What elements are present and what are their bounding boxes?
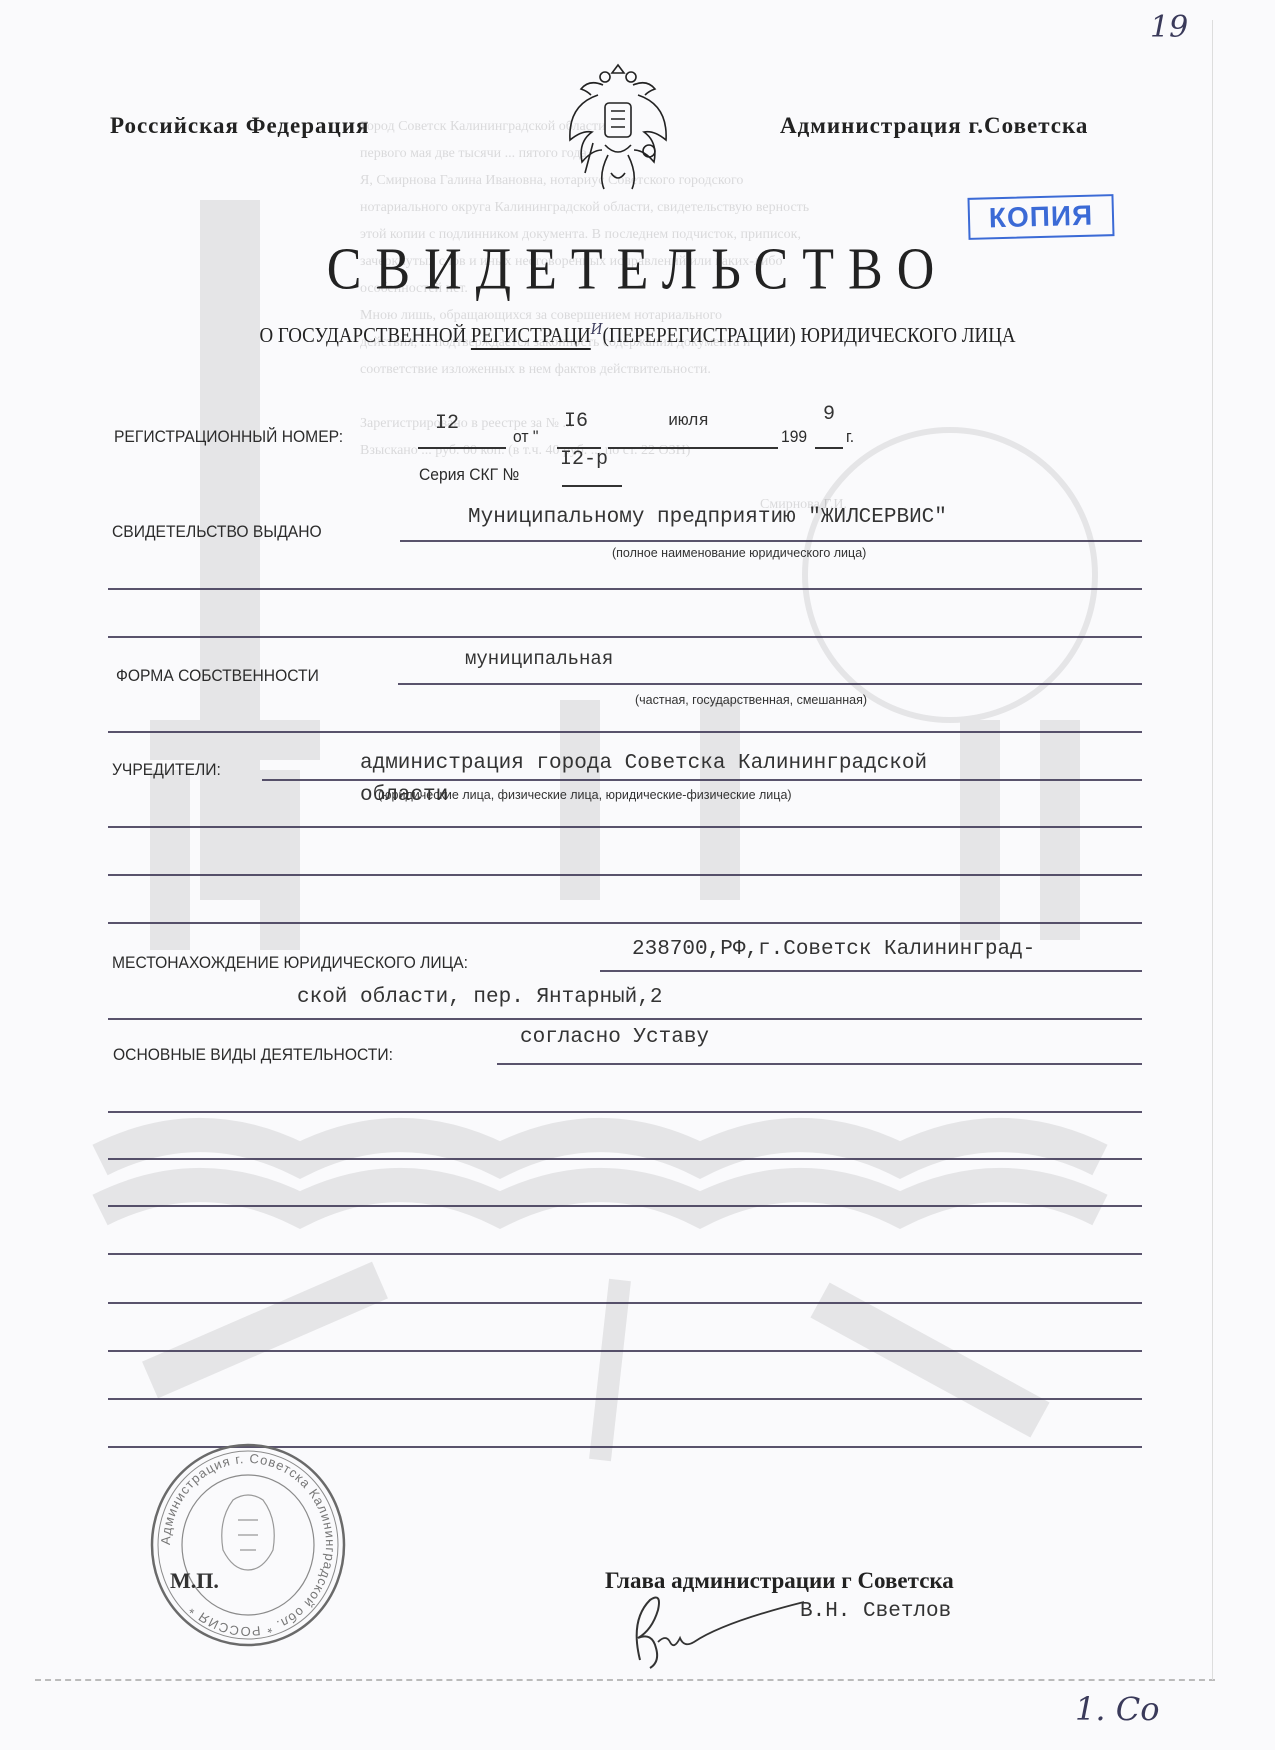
subtitle-underlined: РЕГИСТРАЦИ [471,323,591,347]
activities-line [497,1063,1142,1065]
registration-year-line [815,447,843,449]
handwritten-page-number: 19 [1150,10,1188,45]
blank-line [108,1253,1142,1255]
blank-line [108,1205,1142,1207]
registration-year-suffix: 9 [823,403,835,426]
registration-year-unit: г. [846,427,854,447]
subtitle-part2: (ПЕРЕРЕГИСТРАЦИИ) ЮРИДИЧЕСКОГО ЛИЦА [603,323,1016,347]
double-headed-eagle-emblem [563,55,673,205]
registration-number-line [418,447,506,449]
copy-stamp: КОПИЯ [967,194,1114,240]
registration-month: июля [668,412,709,431]
location-label: МЕСТОНАХОЖДЕНИЕ ЮРИДИЧЕСКОГО ЛИЦА: [112,953,468,973]
registration-day: I6 [564,410,588,433]
official-seal: Администрация г. Советска Калининградско… [148,1440,348,1650]
activities-label: ОСНОВНЫЕ ВИДЫ ДЕЯТЕЛЬНОСТИ: [113,1045,393,1065]
blank-line [108,1350,1142,1352]
issued-to-line [400,540,1142,542]
blank-line [108,1398,1142,1400]
location-line-2 [108,1018,1142,1020]
activities-value: согласно Уставу [520,1026,709,1049]
ownership-line-2 [108,731,1142,733]
location-value-line2: ской области, пер. Янтарный,2 [297,986,662,1009]
ownership-label: ФОРМА СОБСТВЕННОСТИ [116,666,319,686]
subtitle-part1: О ГОСУДАРСТВЕННОЙ [259,323,470,347]
registration-label: РЕГИСТРАЦИОННЫЙ НОМЕР: [114,427,343,447]
ownership-line [398,683,1142,685]
location-line [600,970,1142,972]
page-right-edge [1212,20,1214,1680]
ownership-value: муниципальная [465,648,613,670]
registration-month-line [608,447,778,449]
issued-to-line-2 [108,588,1142,590]
series-number: I2-р [560,448,608,471]
blank-line [108,1158,1142,1160]
registration-year-prefix: 199 [781,427,807,447]
registration-from-label: от " [513,427,538,447]
founders-line-2 [108,826,1142,828]
header-country: Российская Федерация [110,113,369,139]
founders-hint: (юридические лица, физические лица, юрид… [378,788,792,802]
founders-value-line1: администрация города Советска Калинингра… [360,752,927,775]
founders-line-4 [108,922,1142,924]
signatory-name: В.Н. Светлов [800,1600,951,1623]
svg-text:Администрация г. Советска Кали: Администрация г. Советска Калининградско… [158,1451,338,1639]
header-administration: Администрация г.Советска [780,113,1088,139]
subtitle-insertion: И [591,320,603,338]
seal-ring-text: Администрация г. Советска Калининградско… [158,1451,338,1639]
issued-to-label: СВИДЕТЕЛЬСТВО ВЫДАНО [112,522,322,542]
document-subtitle: О ГОСУДАРСТВЕННОЙ РЕГИСТРАЦИИ(ПЕРЕРЕГИСТ… [64,320,1212,348]
issued-to-line-3 [108,636,1142,638]
blank-line [108,1111,1142,1113]
document-title: СВИДЕТЕЛЬСТВО [0,236,1275,304]
series-label: Серия СКГ № [419,465,519,485]
page-bottom-edge [35,1679,1215,1682]
issued-to-hint: (полное наименование юридического лица) [612,546,866,560]
signature [600,1590,820,1670]
registration-number: I2 [435,412,459,435]
location-value-line1: 238700,РФ,г.Советск Калининград- [632,938,1035,961]
handwritten-note: 1. Со [1075,1690,1159,1728]
issued-to-value: Муниципальному предприятию "ЖИЛСЕРВИС" [468,506,947,529]
ownership-hint: (частная, государственная, смешанная) [635,693,867,707]
founders-label: УЧРЕДИТЕЛИ: [112,760,221,780]
founders-line-3 [108,874,1142,876]
series-number-line [562,485,622,487]
founders-line [262,779,1142,781]
seal-place-label: М.П. [170,1568,219,1594]
blank-line [108,1302,1142,1304]
